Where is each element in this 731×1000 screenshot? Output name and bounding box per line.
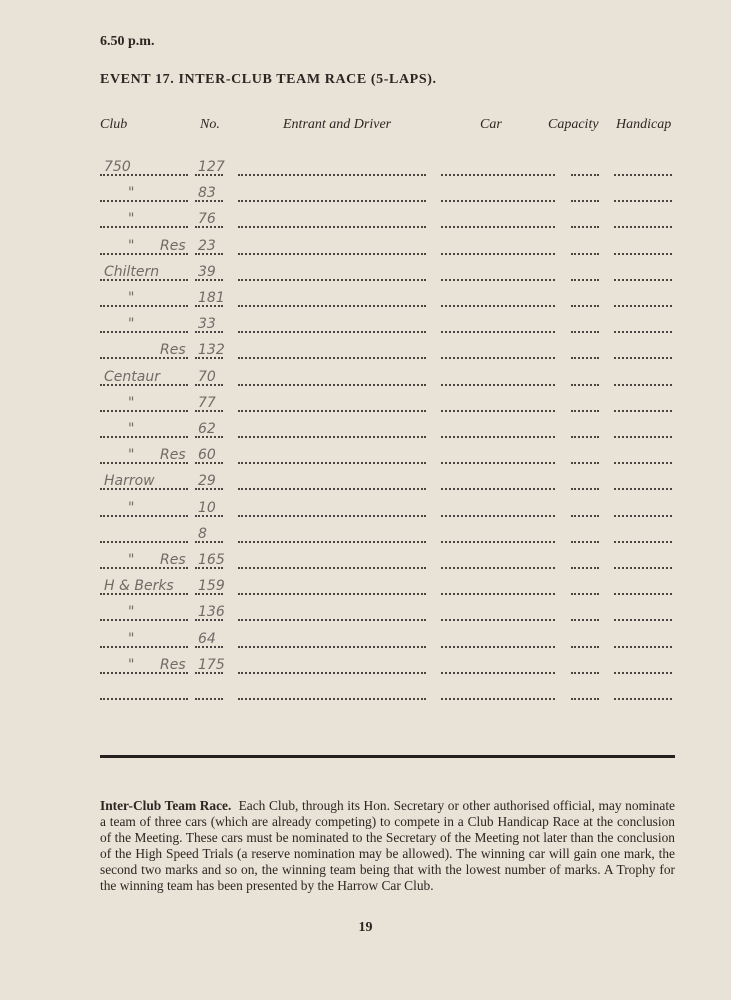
table-row (0, 674, 731, 700)
club-entry: " (128, 211, 134, 227)
club-entry: " (128, 552, 134, 568)
event-time: 6.50 p.m. (100, 34, 154, 50)
car-number-entry: 165 (198, 552, 225, 568)
reserve-note: Res (160, 447, 186, 463)
car-number-entry: 136 (198, 604, 225, 620)
car-number-entry: 175 (198, 657, 225, 673)
car-number-entry: 132 (198, 342, 225, 358)
table-row: H & Berks159 (0, 569, 731, 595)
club-entry: H & Berks (104, 578, 174, 594)
rules-note-heading: Inter-Club Team Race. (100, 798, 231, 813)
car-number-entry: 10 (198, 500, 216, 516)
capacity-field[interactable] (571, 698, 599, 700)
table-row: "Res23 (0, 229, 731, 255)
programme-page: 6.50 p.m. EVENT 17. INTER-CLUB TEAM RACE… (0, 0, 731, 1000)
club-entry: " (128, 657, 134, 673)
club-entry: " (128, 631, 134, 647)
handicap-field[interactable] (614, 698, 672, 700)
table-row: "Res60 (0, 438, 731, 464)
car-number-entry: 77 (198, 395, 216, 411)
car-number-entry: 64 (198, 631, 216, 647)
table-row: "Res165 (0, 543, 731, 569)
car-number-entry: 39 (198, 264, 216, 280)
reserve-note: Res (160, 552, 186, 568)
car-number-entry: 29 (198, 473, 216, 489)
car-number-entry: 33 (198, 316, 216, 332)
club-entry: Centaur (104, 369, 160, 385)
club-entry: " (128, 447, 134, 463)
table-row: "136 (0, 595, 731, 621)
car-number-entry: 70 (198, 369, 216, 385)
table-row: "Res175 (0, 648, 731, 674)
car-number-entry: 159 (198, 578, 225, 594)
club-field[interactable] (100, 698, 188, 700)
car-number-entry: 83 (198, 185, 216, 201)
club-entry: Chiltern (104, 264, 159, 280)
reserve-note: Res (160, 342, 186, 358)
club-entry: " (128, 316, 134, 332)
club-entry: " (128, 500, 134, 516)
car-number-entry: 181 (198, 290, 225, 306)
page-number: 19 (0, 920, 731, 936)
reserve-note: Res (160, 238, 186, 254)
club-entry: Harrow (104, 473, 155, 489)
rules-note: Inter-Club Team Race. Each Club, through… (100, 798, 675, 894)
table-row: Harrow29 (0, 464, 731, 490)
car-number-entry: 76 (198, 211, 216, 227)
event-title: EVENT 17. INTER-CLUB TEAM RACE (5-LAPS). (100, 72, 437, 88)
car-number-entry: 8 (198, 526, 207, 542)
car-number-entry: 60 (198, 447, 216, 463)
table-row: "76 (0, 202, 731, 228)
table-row: "62 (0, 412, 731, 438)
table-row: Res132 (0, 333, 731, 359)
car-field[interactable] (441, 698, 555, 700)
club-entry: " (128, 238, 134, 254)
column-header-entrant: Entrant and Driver (283, 117, 391, 133)
column-header-car: Car (480, 117, 502, 133)
column-header-no: No. (200, 117, 220, 133)
column-header-capacity: Capacity (548, 117, 599, 133)
table-row: "64 (0, 622, 731, 648)
table-row: "33 (0, 307, 731, 333)
number-field[interactable] (195, 698, 223, 700)
table-row: "10 (0, 491, 731, 517)
table-row: 750127 (0, 150, 731, 176)
club-entry: " (128, 421, 134, 437)
club-entry: " (128, 604, 134, 620)
entrant-field[interactable] (238, 698, 426, 700)
table-row: Chiltern39 (0, 255, 731, 281)
column-header-club: Club (100, 117, 127, 133)
table-row: "77 (0, 386, 731, 412)
section-divider (100, 755, 675, 758)
club-entry: " (128, 290, 134, 306)
car-number-entry: 62 (198, 421, 216, 437)
table-row: Centaur70 (0, 360, 731, 386)
car-number-entry: 127 (198, 159, 225, 175)
table-row: "83 (0, 176, 731, 202)
reserve-note: Res (160, 657, 186, 673)
club-entry: " (128, 185, 134, 201)
table-row: 8 (0, 517, 731, 543)
club-entry: " (128, 395, 134, 411)
column-header-handicap: Handicap (616, 117, 671, 133)
table-row: "181 (0, 281, 731, 307)
club-entry: 750 (104, 159, 131, 175)
car-number-entry: 23 (198, 238, 216, 254)
